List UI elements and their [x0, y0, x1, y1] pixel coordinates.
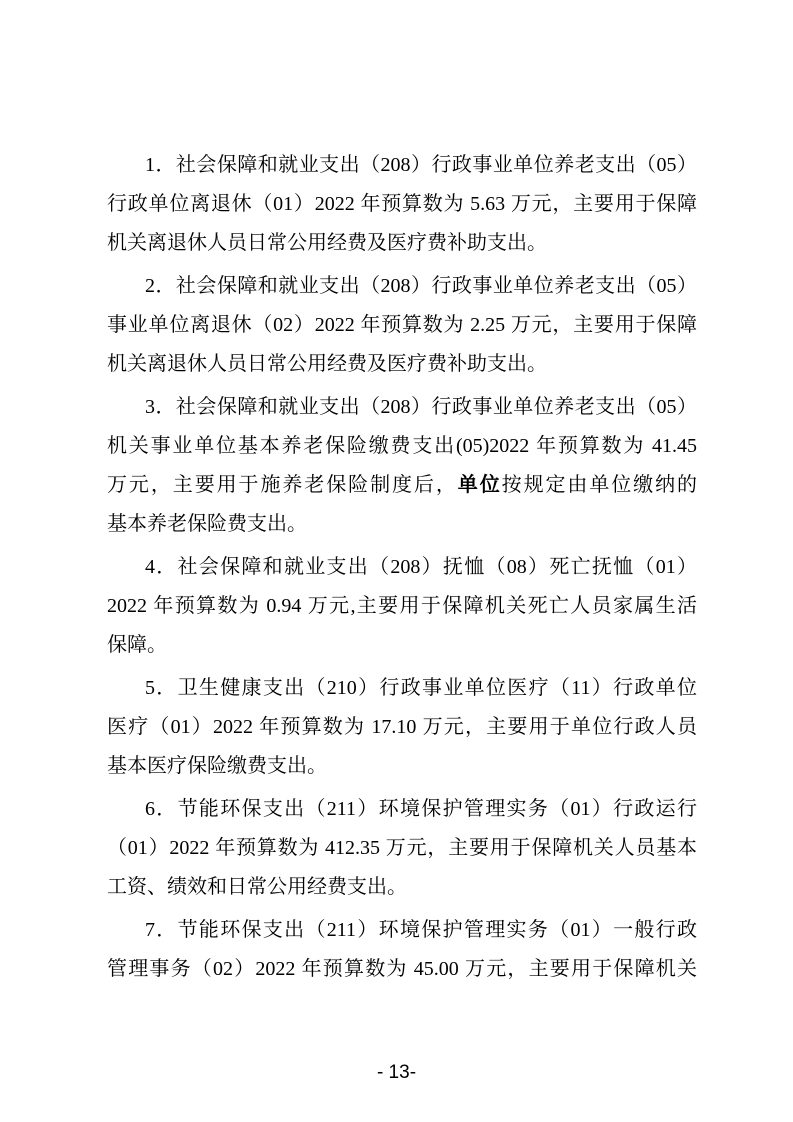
document-page: 1．社会保障和就业支出（208）行政事业单位养老支出（05） 行政单位离退休（0… [0, 0, 793, 1122]
page-footer: - 13- [0, 1062, 793, 1084]
paragraph-2: 2．社会保障和就业支出（208）行政事业单位养老支出（05） 事业单位离退休（0… [107, 267, 697, 384]
text-line: 1．社会保障和就业支出（208）行政事业单位养老支出（05） [107, 146, 697, 185]
text-line: 2．社会保障和就业支出（208）行政事业单位养老支出（05） [107, 267, 697, 306]
text-line: 管理事务（02）2022 年预算数为 45.00 万元，主要用于保障机关 [107, 950, 697, 989]
text-line: 基本养老保险费支出。 [107, 505, 697, 544]
text-line: 机关离退休人员日常公用经费及医疗费补助支出。 [107, 224, 697, 263]
budget-paragraphs: 1．社会保障和就业支出（208）行政事业单位养老支出（05） 行政单位离退休（0… [107, 146, 697, 993]
bold-emphasis: 单位 [458, 474, 502, 496]
text-line: 机关离退休人员日常公用经费及医疗费补助支出。 [107, 345, 697, 384]
text-line: 2022 年预算数为 0.94 万元,主要用于保障机关死亡人员家属生活 [107, 587, 697, 626]
page-number: - 13- [377, 1062, 416, 1083]
paragraph-5: 5．卫生健康支出（210）行政事业单位医疗（11）行政单位 医疗（01）2022… [107, 669, 697, 786]
text-line: 行政单位离退休（01）2022 年预算数为 5.63 万元，主要用于保障 [107, 185, 697, 224]
paragraph-6: 6．节能环保支出（211）环境保护管理实务（01）行政运行 （01）2022 年… [107, 790, 697, 907]
text-line: 医疗（01）2022 年预算数为 17.10 万元，主要用于单位行政人员 [107, 708, 697, 747]
text-line: 事业单位离退休（02）2022 年预算数为 2.25 万元，主要用于保障 [107, 306, 697, 345]
paragraph-3: 3．社会保障和就业支出（208）行政事业单位养老支出（05） 机关事业单位基本养… [107, 388, 697, 544]
text-line: 5．卫生健康支出（210）行政事业单位医疗（11）行政单位 [107, 669, 697, 708]
text-line: 4．社会保障和就业支出（208）抚恤（08）死亡抚恤（01） [107, 548, 697, 587]
text-line: 万元，主要用于施养老保险制度后，单位按规定由单位缴纳的 [107, 466, 697, 505]
text-line: 保障。 [107, 626, 697, 665]
text-line: 7．节能环保支出（211）环境保护管理实务（01）一般行政 [107, 911, 697, 950]
paragraph-7: 7．节能环保支出（211）环境保护管理实务（01）一般行政 管理事务（02）20… [107, 911, 697, 989]
text-line: 6．节能环保支出（211）环境保护管理实务（01）行政运行 [107, 790, 697, 829]
text-run: 万元，主要用于施养老保险制度后， [107, 474, 458, 496]
text-line: 基本医疗保险缴费支出。 [107, 747, 697, 786]
text-line: （01）2022 年预算数为 412.35 万元，主要用于保障机关人员基本 [107, 829, 697, 868]
text-line: 工资、绩效和日常公用经费支出。 [107, 868, 697, 907]
paragraph-4: 4．社会保障和就业支出（208）抚恤（08）死亡抚恤（01） 2022 年预算数… [107, 548, 697, 665]
text-line: 机关事业单位基本养老保险缴费支出(05)2022 年预算数为 41.45 [107, 427, 697, 466]
text-run: 按规定由单位缴纳的 [502, 474, 697, 496]
paragraph-1: 1．社会保障和就业支出（208）行政事业单位养老支出（05） 行政单位离退休（0… [107, 146, 697, 263]
text-line: 3．社会保障和就业支出（208）行政事业单位养老支出（05） [107, 388, 697, 427]
